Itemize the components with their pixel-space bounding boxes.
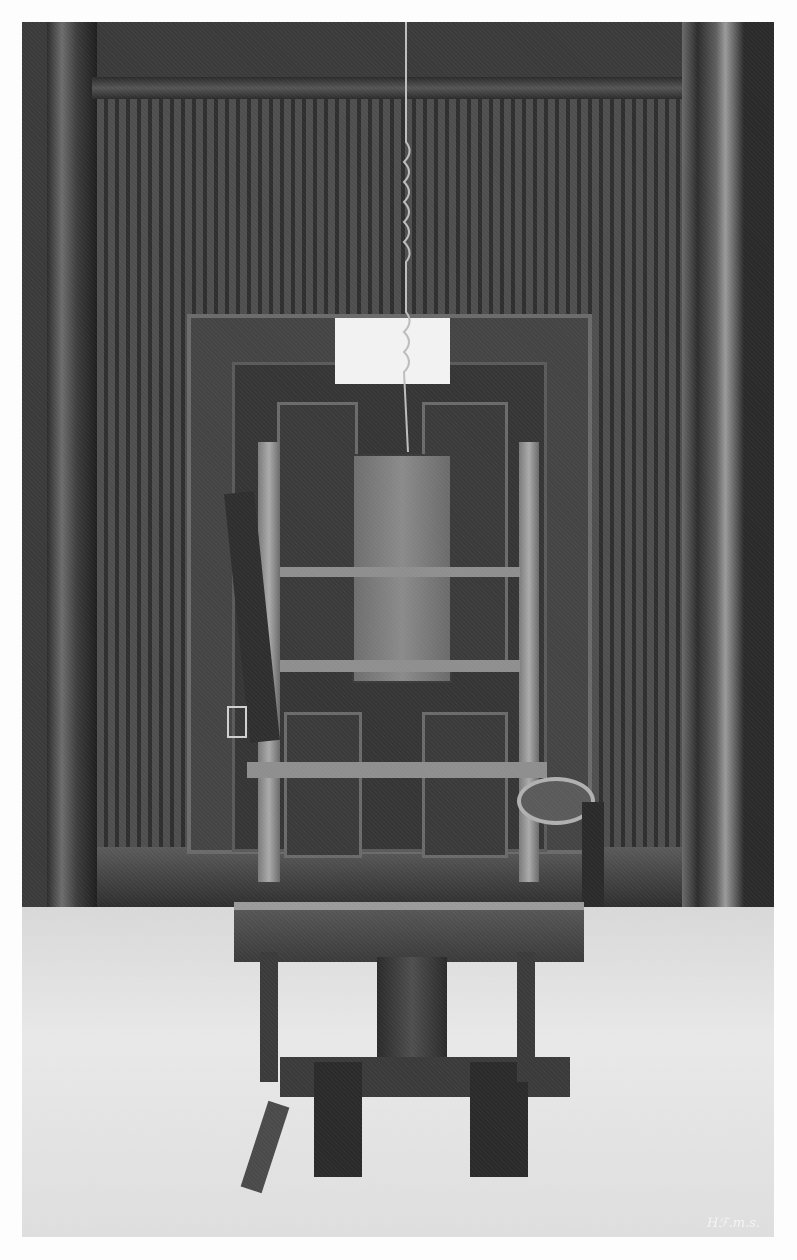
door-pane-bl	[284, 712, 362, 858]
hanging-wire	[400, 22, 416, 452]
chair-seat-edge	[234, 902, 584, 910]
photograph: Hℱ.m.s.	[22, 22, 774, 1237]
right-wall-edge	[744, 22, 774, 907]
chair-crossbar-top	[280, 567, 520, 577]
left-pilaster	[47, 22, 97, 907]
right-pilaster	[682, 22, 744, 907]
chair-front-leg-left	[260, 952, 278, 1082]
door-pane-br	[422, 712, 508, 858]
door-lintel	[92, 77, 686, 99]
blank-placard	[335, 318, 450, 384]
buckle-icon	[227, 706, 247, 738]
chair-left-foot	[314, 1062, 362, 1177]
chair-front-leg-right	[517, 952, 535, 1082]
chair-crossbar-mid	[280, 660, 520, 672]
engraver-signature: Hℱ.m.s.	[707, 1216, 760, 1231]
chair-armrest-bar	[247, 762, 547, 778]
door-pane-tl	[277, 402, 358, 668]
